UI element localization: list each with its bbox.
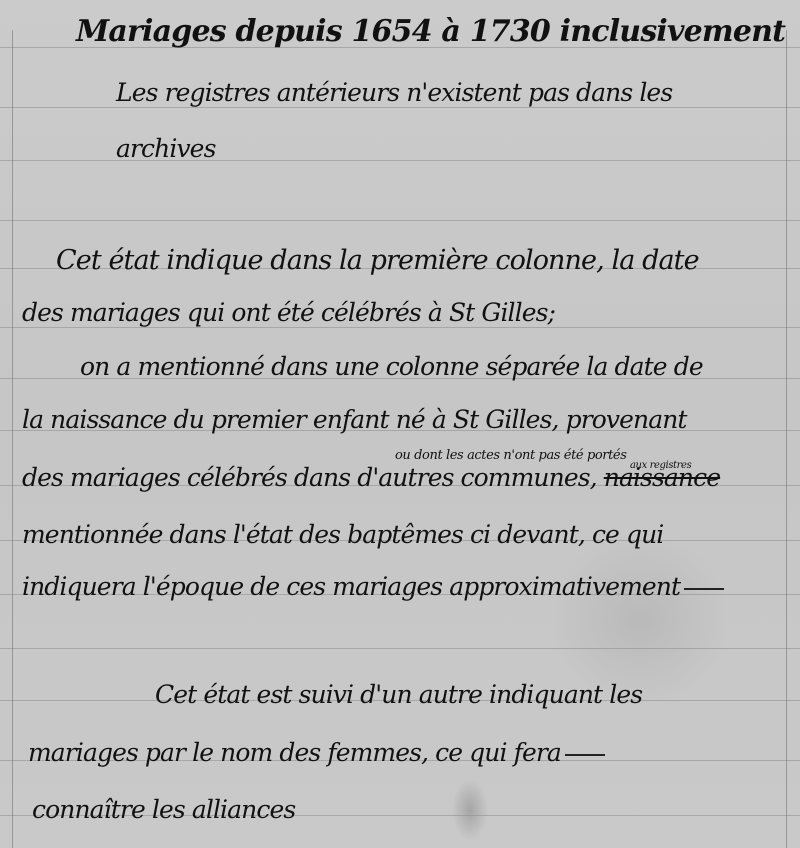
ruled-line: [0, 648, 800, 649]
paragraph-2-line: des mariages célébrés dans d'autres comm…: [22, 463, 720, 492]
paragraph-1-line: des mariages qui ont été célébrés à St G…: [22, 298, 555, 327]
paragraph-2-line: mentionnée dans l'état des baptêmes ci d…: [22, 520, 663, 549]
ruled-line: [0, 220, 800, 221]
paragraph-2-text: indiquera l'époque de ces mariages appro…: [22, 572, 680, 601]
paragraph-2-line: la naissance du premier enfant né à St G…: [22, 405, 687, 434]
ruled-line: [0, 327, 800, 328]
line-filler-dash: [684, 588, 724, 590]
interlinear-insertion: ou dont les actes n'ont pas été portés: [395, 448, 627, 463]
paragraph-3-line: connaître les alliances: [32, 795, 295, 824]
paragraph-3-text: mariages par le nom des femmes, ce qui f…: [28, 738, 561, 767]
paragraph-3-line: mariages par le nom des femmes, ce qui f…: [28, 738, 605, 767]
right-margin-line: [786, 30, 787, 848]
struck-word: naissance: [604, 463, 720, 492]
left-margin-line: [12, 30, 13, 848]
paragraph-1-line: Cet état indique dans la première colonn…: [56, 245, 699, 276]
subtitle-line: archives: [116, 134, 216, 163]
line-filler-dash: [565, 754, 605, 756]
paragraph-2-text: des mariages célébrés dans d'autres comm…: [22, 463, 597, 492]
paragraph-2-line: indiquera l'époque de ces mariages appro…: [22, 572, 724, 601]
paragraph-3-line: Cet état est suivi d'un autre indiquant …: [155, 680, 642, 709]
manuscript-page: Mariages depuis 1654 à 1730 inclusivemen…: [0, 0, 800, 848]
ruled-line: [0, 107, 800, 108]
document-title: Mariages depuis 1654 à 1730 inclusivemen…: [76, 14, 785, 49]
paragraph-2-line: on a mentionné dans une colonne séparée …: [80, 352, 703, 381]
subtitle-line: Les registres antérieurs n'existent pas …: [116, 78, 672, 107]
